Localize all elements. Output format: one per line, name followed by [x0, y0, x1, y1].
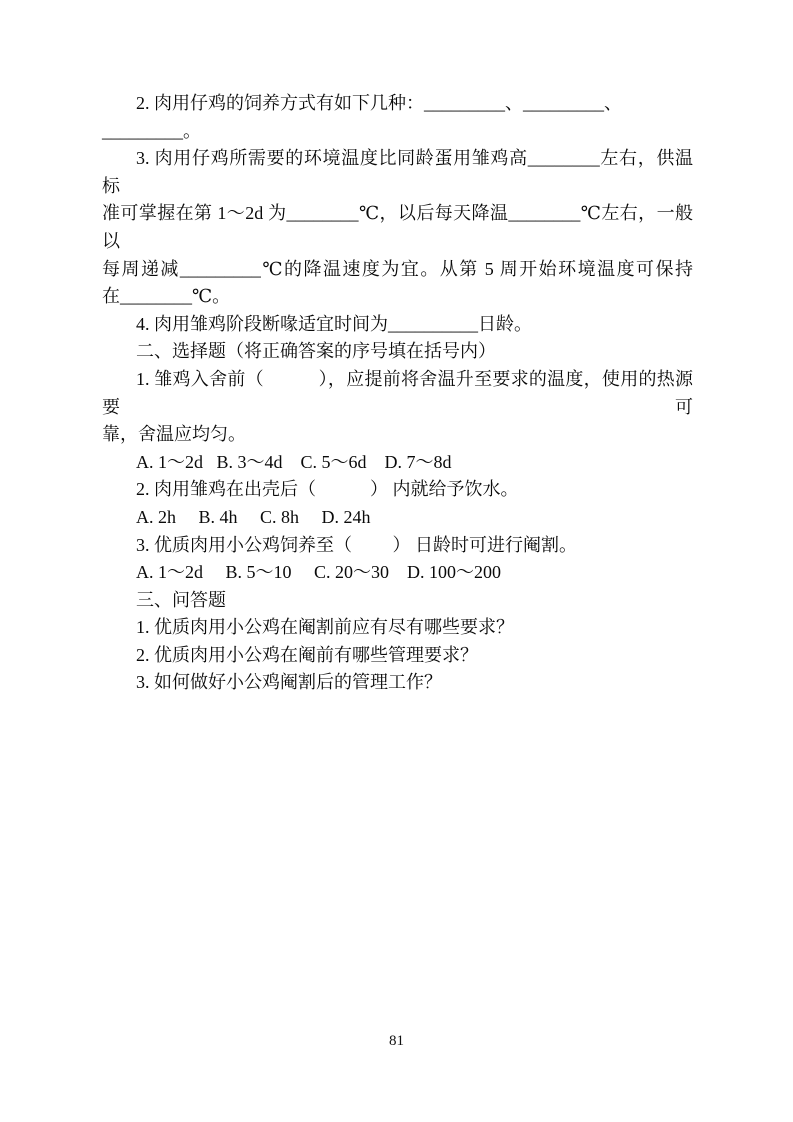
- essay-section-header: 三、问答题: [102, 587, 693, 615]
- fill-blank-question-2: 2. 肉用仔鸡的饲养方式有如下几种：_________、_________、__…: [102, 90, 693, 145]
- document-page: 2. 肉用仔鸡的饲养方式有如下几种：_________、_________、__…: [0, 0, 793, 1122]
- fill-blank-question-3-line-2: 准可掌握在第 1～2d 为________℃，以后每天降温________℃左右…: [102, 200, 693, 255]
- choice-question-1-line-1: 1. 雏鸡入舍前（ ），应提前将舍温升至要求的温度，使用的热源要可: [102, 366, 693, 421]
- page-number: 81: [0, 1031, 793, 1051]
- multiple-choice-section-header: 二、选择题（将正确答案的序号填在括号内）: [102, 338, 693, 366]
- fill-blank-question-3-line-3: 每周递减_________℃的降温速度为宜。从第 5 周开始环境温度可保持: [102, 256, 693, 284]
- choice-question-1-line-2: 靠，舍温应均匀。: [102, 421, 693, 449]
- fill-blank-question-3-line-4: 在________℃。: [102, 283, 693, 311]
- choice-question-1-options: A. 1～2d B. 3～4d C. 5～6d D. 7～8d: [102, 449, 693, 477]
- essay-question-1: 1. 优质肉用小公鸡在阉割前应有尽有哪些要求？: [102, 614, 693, 642]
- choice-question-2: 2. 肉用雏鸡在出壳后（ ） 内就给予饮水。: [102, 476, 693, 504]
- choice-question-3: 3. 优质肉用小公鸡饲养至（ ） 日龄时可进行阉割。: [102, 532, 693, 560]
- fill-blank-question-4: 4. 肉用雏鸡阶段断喙适宜时间为__________日龄。: [102, 311, 693, 339]
- essay-question-3: 3. 如何做好小公鸡阉割后的管理工作？: [102, 669, 693, 697]
- choice-question-2-options: A. 2h B. 4h C. 8h D. 24h: [102, 504, 693, 532]
- essay-question-2: 2. 优质肉用小公鸡在阉前有哪些管理要求？: [102, 642, 693, 670]
- choice-question-3-options: A. 1～2d B. 5～10 C. 20～30 D. 100～200: [102, 559, 693, 587]
- fill-blank-question-3-line-1: 3. 肉用仔鸡所需要的环境温度比同龄蛋用雏鸡高________左右，供温标: [102, 145, 693, 200]
- exercise-body: 2. 肉用仔鸡的饲养方式有如下几种：_________、_________、__…: [102, 90, 693, 697]
